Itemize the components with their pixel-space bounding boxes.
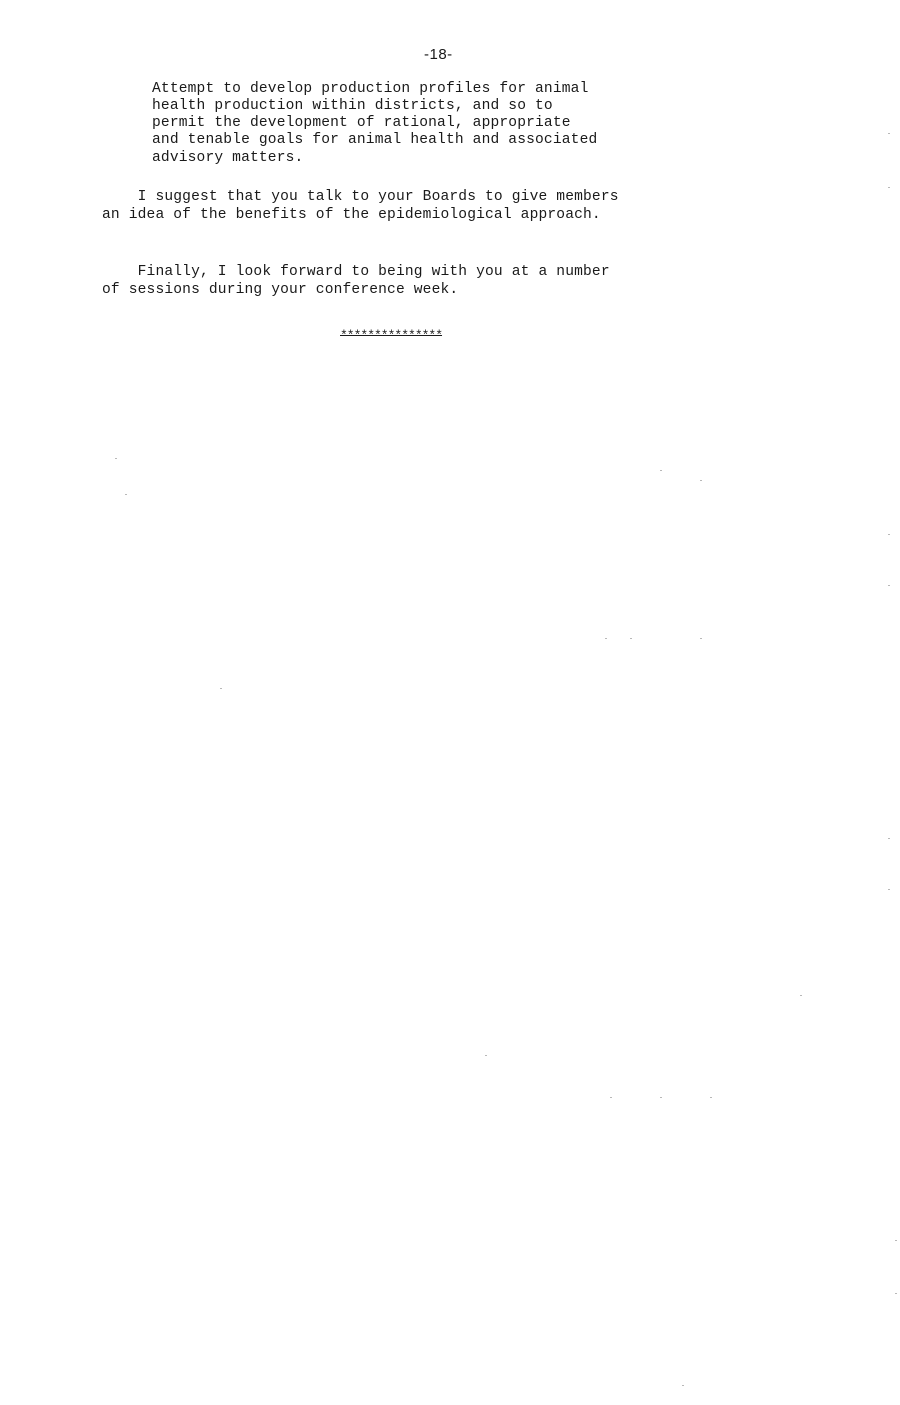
paragraph-line: permit the development of rational, appr… bbox=[152, 115, 571, 131]
paragraph-line: advisory matters. bbox=[152, 150, 303, 166]
paragraph-line: an idea of the benefits of the epidemiol… bbox=[102, 207, 601, 223]
paragraph-line: of sessions during your conference week. bbox=[102, 282, 458, 298]
section-divider: *************** bbox=[340, 328, 442, 343]
paragraph-line: health production within districts, and … bbox=[152, 98, 553, 114]
paragraph-line: I suggest that you talk to your Boards t… bbox=[102, 189, 619, 205]
paragraph-line: Attempt to develop production profiles f… bbox=[152, 81, 588, 97]
paragraph-line: Finally, I look forward to being with yo… bbox=[102, 264, 610, 280]
paragraph-line: and tenable goals for animal health and … bbox=[152, 132, 597, 148]
page-number: -18- bbox=[424, 46, 453, 63]
